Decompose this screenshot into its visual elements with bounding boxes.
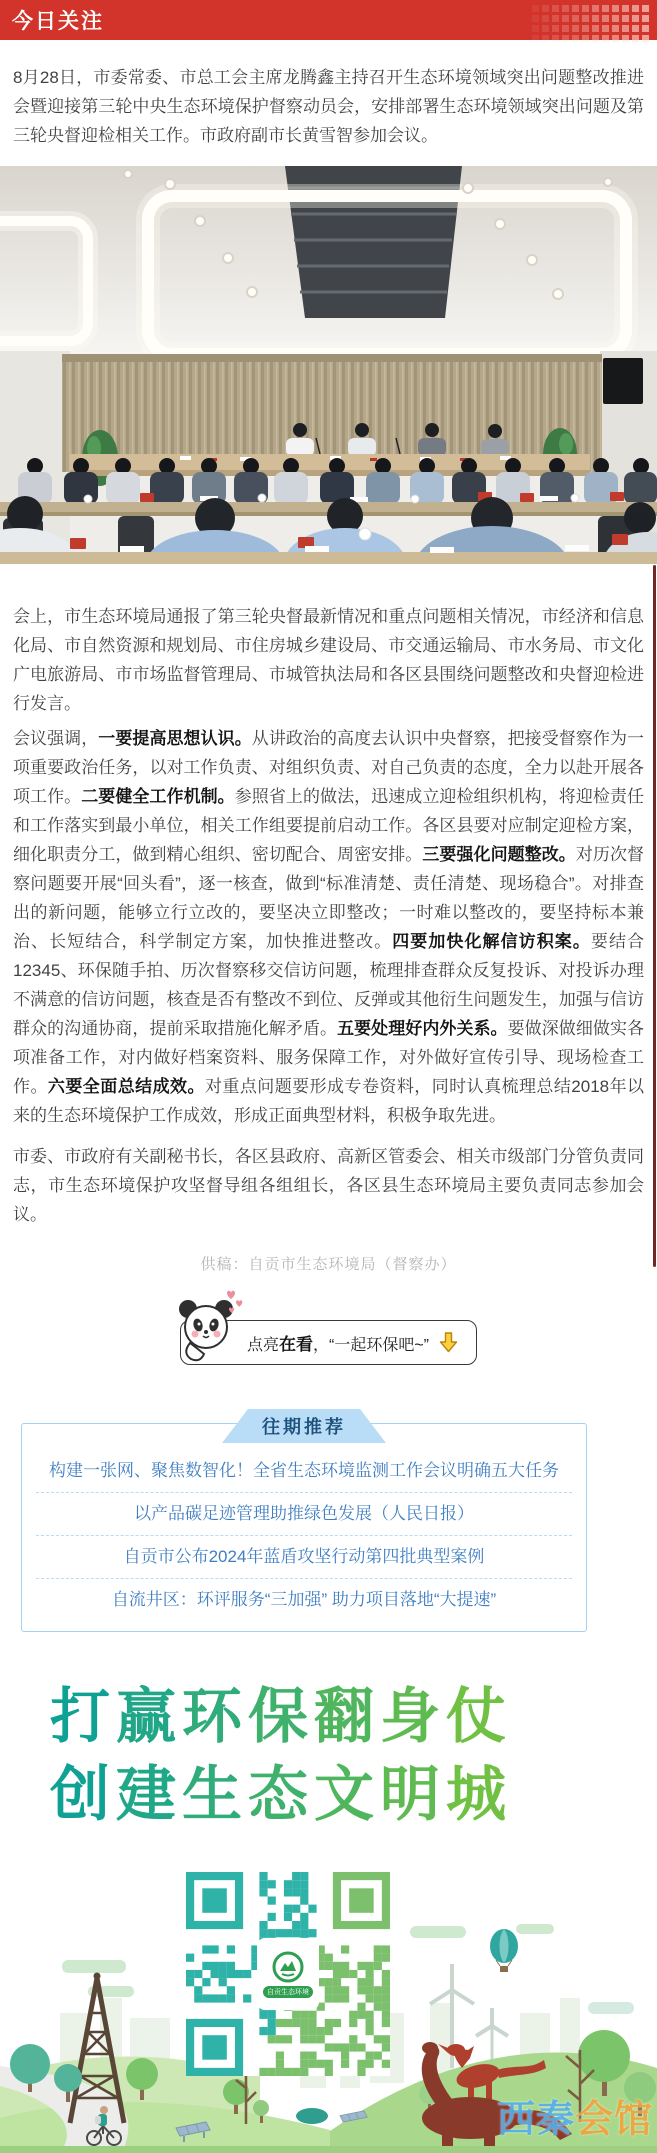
- meeting-photo[interactable]: [0, 166, 657, 564]
- recommend-link[interactable]: 自流井区：环评服务“三加强” 助力项目落地“大提速”: [36, 1578, 572, 1621]
- recommendations-ribbon: 往期推荐: [222, 1409, 386, 1443]
- text-segment: 会议强调，: [13, 729, 98, 748]
- text-segment: ，“一起环保吧~”: [313, 1337, 429, 1354]
- paragraph-attendees: 市委、市政府有关副秘书长，各区县政府、高新区管委会、相关市级部门分管负责同志，市…: [13, 1142, 644, 1229]
- text-segment-bold: 二要健全工作机制。: [81, 787, 235, 806]
- text-segment-bold: 在看: [279, 1335, 313, 1354]
- down-arrow-icon: [439, 1332, 458, 1353]
- wow-share-prompt[interactable]: 点亮在看，“一起环保吧~”: [180, 1320, 477, 1365]
- poster-title-line1: 打赢环保翻身仗: [50, 1680, 657, 1754]
- past-recommendations: 往期推荐 构建一张网、聚焦数智化！全省生态环境监测工作会议明确五大任务 以产品碳…: [21, 1423, 587, 1632]
- panda-icon: [165, 1281, 247, 1367]
- meeting-photo-illustration: [0, 166, 657, 564]
- hot-air-balloon-icon: [490, 1929, 518, 1972]
- share-prompt-row: 点亮在看，“一起环保吧~”: [13, 1320, 644, 1365]
- recommend-link[interactable]: 构建一张网、聚焦数智化！全省生态环境监测工作会议明确五大任务: [36, 1450, 572, 1492]
- text-segment-bold: 六要全面总结成效。: [48, 1077, 205, 1096]
- text-segment-bold: 四要加快化解信访积案。: [392, 932, 591, 951]
- dot-pattern-decoration: [532, 5, 649, 42]
- qr-center-logo: 自贡生态环境: [257, 1938, 319, 2010]
- text-segment-bold: 一要提高思想认识。: [98, 729, 252, 748]
- poster-title-line2: 创建生态文明城: [50, 1758, 657, 1832]
- eco-emblem-icon: [272, 1951, 304, 1983]
- recommend-link[interactable]: 以产品碳足迹管理助推绿色发展（人民日报）: [36, 1492, 572, 1535]
- paragraph-intro: 8月28日，市委常委、市总工会主席龙腾鑫主持召开生态环境领域突出问题整改推进会暨…: [13, 63, 644, 150]
- campaign-poster: 打赢环保翻身仗 创建生态文明城 自贡生态环境: [0, 1676, 657, 2153]
- section-header: 今日关注: [0, 0, 657, 40]
- section-title: 今日关注: [12, 5, 104, 35]
- recommend-link[interactable]: 自贡市公布2024年蓝盾攻坚行动第四批典型案例: [36, 1535, 572, 1578]
- qr-label: 自贡生态环境: [263, 1986, 313, 1998]
- qr-code: 自贡生态环境: [186, 1872, 390, 2076]
- watermark-part1: 西秦: [497, 2099, 575, 2141]
- contributor-credit: 供稿：自贡市生态环境局（督察办）: [13, 1253, 644, 1274]
- text-segment-bold: 五要处理好内外关系。: [337, 1019, 508, 1038]
- article-body: 8月28日，市委常委、市总工会主席龙腾鑫主持召开生态环境领域突出问题整改推进会暨…: [0, 40, 657, 1632]
- text-segment-bold: 三要强化问题整改。: [422, 845, 576, 864]
- site-watermark: 西秦会馆: [497, 2088, 653, 2143]
- paragraph-requirements: 会议强调，一要提高思想认识。从讲政治的高度去认识中央督察，把接受督察作为一项重要…: [13, 724, 644, 1130]
- recommendations-box: 构建一张网、聚焦数智化！全省生态环境监测工作会议明确五大任务 以产品碳足迹管理助…: [21, 1423, 587, 1632]
- article-page: 今日关注 8月28日，市委常委、市总工会主席龙腾鑫主持召开生态环境领域突出问题整…: [0, 0, 657, 2153]
- text-segment: 点亮: [247, 1337, 279, 1354]
- watermark-part2: 会馆: [575, 2099, 653, 2141]
- share-prompt-text: 点亮在看，“一起环保吧~”: [247, 1330, 429, 1355]
- paragraph-briefing: 会上，市生态环境局通报了第三轮央督最新情况和重点问题相关情况，市经济和信息化局、…: [13, 602, 644, 718]
- scrollbar-thumb[interactable]: [653, 565, 656, 1267]
